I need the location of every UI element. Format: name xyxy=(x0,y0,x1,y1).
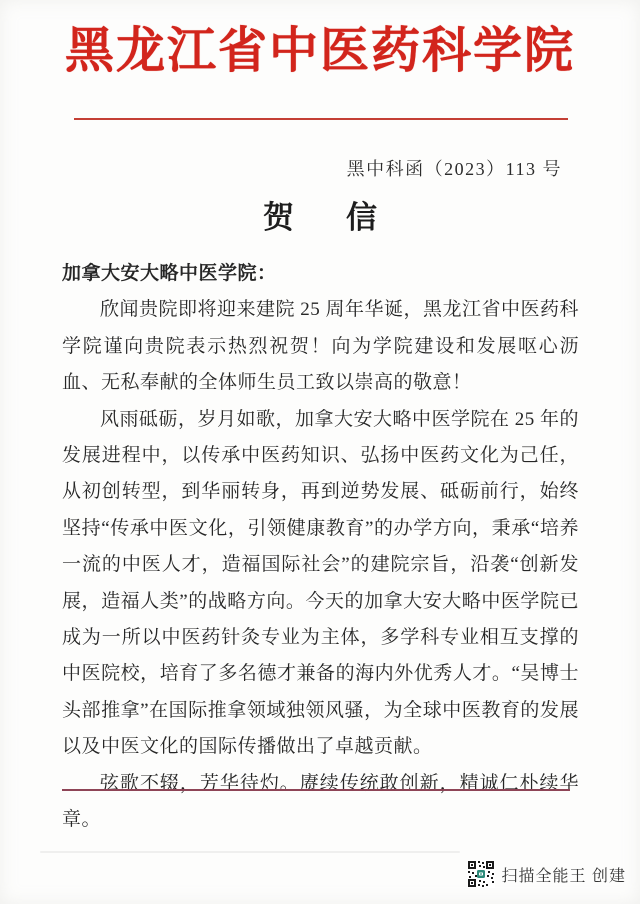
letter-title-char-left: 贺 xyxy=(263,192,294,237)
scanned-letter-page: 黑龙江省中医药科学院 黑中科函（2023）113 号 贺信 加拿大安大略中医学院… xyxy=(0,0,640,904)
letter-title: 贺信 xyxy=(0,192,640,237)
scan-artifact-smudge xyxy=(40,851,460,853)
letterhead-org-name: 黑龙江省中医药科学院 xyxy=(0,22,640,81)
salutation: 加拿大安大略中医学院： xyxy=(62,256,579,292)
footer-rule xyxy=(62,789,570,791)
body-paragraph: 欣闻贵院即将迎来建院 25 周年华诞，黑龙江省中医药科学院谨向贵院表示热烈祝贺！… xyxy=(62,292,579,401)
body-paragraph: 弦歌不辍，芳华待灼。赓续传统敢创新，精诚仁朴续华章。 xyxy=(62,766,579,839)
qr-code-icon xyxy=(467,860,495,888)
scanner-credit-label: 扫描全能王 创建 xyxy=(502,863,626,886)
document-number: 黑中科函（2023）113 号 xyxy=(347,155,562,181)
letter-title-char-right: 信 xyxy=(346,192,377,237)
letterhead-rule xyxy=(74,118,568,120)
scanner-credit: 扫描全能王 创建 xyxy=(467,860,626,888)
body-paragraph: 风雨砥砺，岁月如歌，加拿大安大略中医学院在 25 年的发展进程中，以传承中医药知… xyxy=(62,402,579,766)
letter-body: 加拿大安大略中医学院： 欣闻贵院即将迎来建院 25 周年华诞，黑龙江省中医药科学… xyxy=(62,256,579,839)
